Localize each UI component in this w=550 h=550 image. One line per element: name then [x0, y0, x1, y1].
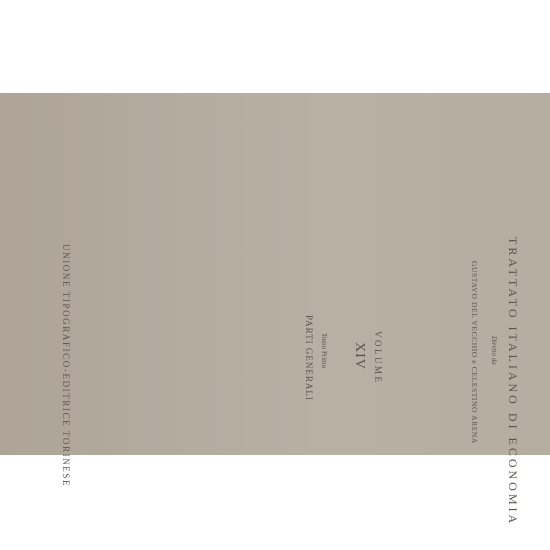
- publisher-name: UNIONE TIPOGRAFICO-EDITRICE TORINESE: [61, 244, 71, 487]
- tome-label: Tomo Primo: [320, 333, 328, 368]
- section-title: PARTI GENERALI: [304, 315, 314, 401]
- directed-by-label: Diretto da: [490, 336, 498, 365]
- volume-number: XIV: [351, 342, 367, 370]
- book-title-page: TRATTATO ITALIANO DI ECONOMIA Diretto da…: [0, 93, 550, 455]
- volume-label: VOLUME: [373, 331, 383, 385]
- editors-names: GUSTAVO DEL VECCHIO e CELESTINO ARENA: [470, 261, 479, 444]
- treatise-title: TRATTATO ITALIANO DI ECONOMIA: [505, 237, 520, 526]
